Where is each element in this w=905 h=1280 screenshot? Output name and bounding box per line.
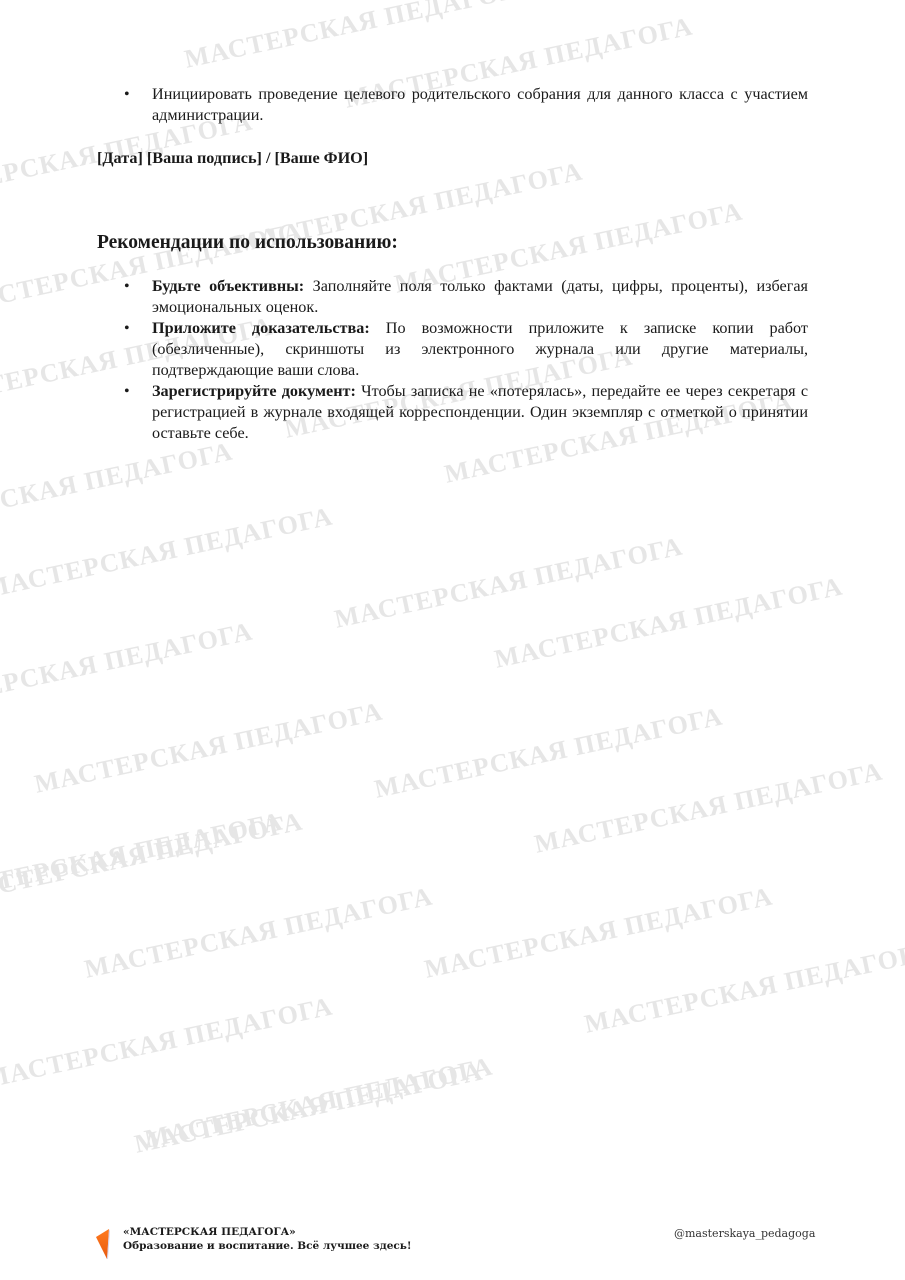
list-item: • Зарегистрируйте документ: Чтобы записк…	[97, 381, 808, 444]
watermark-text: МАСТЕРСКАЯ ПЕДАГОГА	[132, 1056, 486, 1159]
item-title: Будьте объективны:	[152, 277, 304, 295]
bullet-icon: •	[124, 381, 130, 402]
bullet-icon: •	[124, 276, 130, 297]
watermark-text: МАСТЕРСКАЯ ПЕДАГОГА	[182, 0, 536, 75]
watermark-text: МАСТЕРСКАЯ ПЕДАГОГА	[332, 531, 686, 634]
watermark-text: МАСТЕРСКАЯ ПЕДАГОГА	[582, 936, 905, 1039]
watermark-text: МАСТЕРСКАЯ ПЕДАГОГА	[0, 991, 336, 1094]
bullet-icon: •	[124, 84, 130, 105]
recommendations-list: • Будьте объективны: Заполняйте поля тол…	[97, 276, 808, 444]
action-list: • Инициировать проведение целевого родит…	[97, 84, 808, 126]
document-body: • Инициировать проведение целевого родит…	[97, 84, 808, 444]
watermark-text: МАСТЕРСКАЯ ПЕДАГОГА	[532, 756, 886, 859]
watermark-text: МАСТЕРСКАЯ ПЕДАГОГА	[372, 701, 726, 804]
list-item: • Приложите доказательства: По возможнос…	[97, 318, 808, 381]
watermark-text: МАСТЕРСКАЯ ПЕДАГОГА	[0, 436, 236, 539]
list-item-text: Инициировать проведение целевого родител…	[152, 85, 808, 124]
recommendations-heading: Рекомендации по использованию:	[97, 231, 808, 255]
watermark-text: МАСТЕРСКАЯ ПЕДАГОГА	[422, 881, 776, 984]
watermark-text: МАСТЕРСКАЯ ПЕДАГОГА	[0, 501, 336, 604]
footer-brand-name: «МАСТЕРСКАЯ ПЕДАГОГА»	[123, 1225, 412, 1239]
footer-handle: @masterskaya_pedagoga	[674, 1227, 815, 1240]
watermark-text: МАСТЕРСКАЯ ПЕДАГОГА	[0, 806, 306, 909]
signature-line: [Дата] [Ваша подпись] / [Ваше ФИО]	[97, 148, 808, 169]
watermark-text: МАСТЕРСКАЯ ПЕДАГОГА	[32, 696, 386, 799]
logo-icon	[96, 1229, 110, 1259]
watermark-text: МАСТЕРСКАЯ ПЕДАГОГА	[82, 881, 436, 984]
footer-brand: «МАСТЕРСКАЯ ПЕДАГОГА» Образование и восп…	[96, 1225, 412, 1259]
footer-tagline: Образование и воспитание. Всё лучшее зде…	[123, 1239, 412, 1253]
list-item: • Будьте объективны: Заполняйте поля тол…	[97, 276, 808, 318]
bullet-icon: •	[124, 318, 130, 339]
item-title: Приложите доказательства:	[152, 319, 370, 337]
watermark-text: МАСТЕРСКАЯ ПЕДАГОГА	[492, 571, 846, 674]
item-title: Зарегистрируйте документ:	[152, 382, 356, 400]
watermark-text: МАСТЕРСКАЯ ПЕДАГОГА	[142, 1051, 496, 1154]
watermark-text: МАСТЕРСКАЯ ПЕДАГОГА	[0, 616, 256, 719]
list-item: • Инициировать проведение целевого родит…	[97, 84, 808, 126]
watermark-text: МАСТЕРСКАЯ ПЕДАГОГА	[0, 806, 286, 909]
